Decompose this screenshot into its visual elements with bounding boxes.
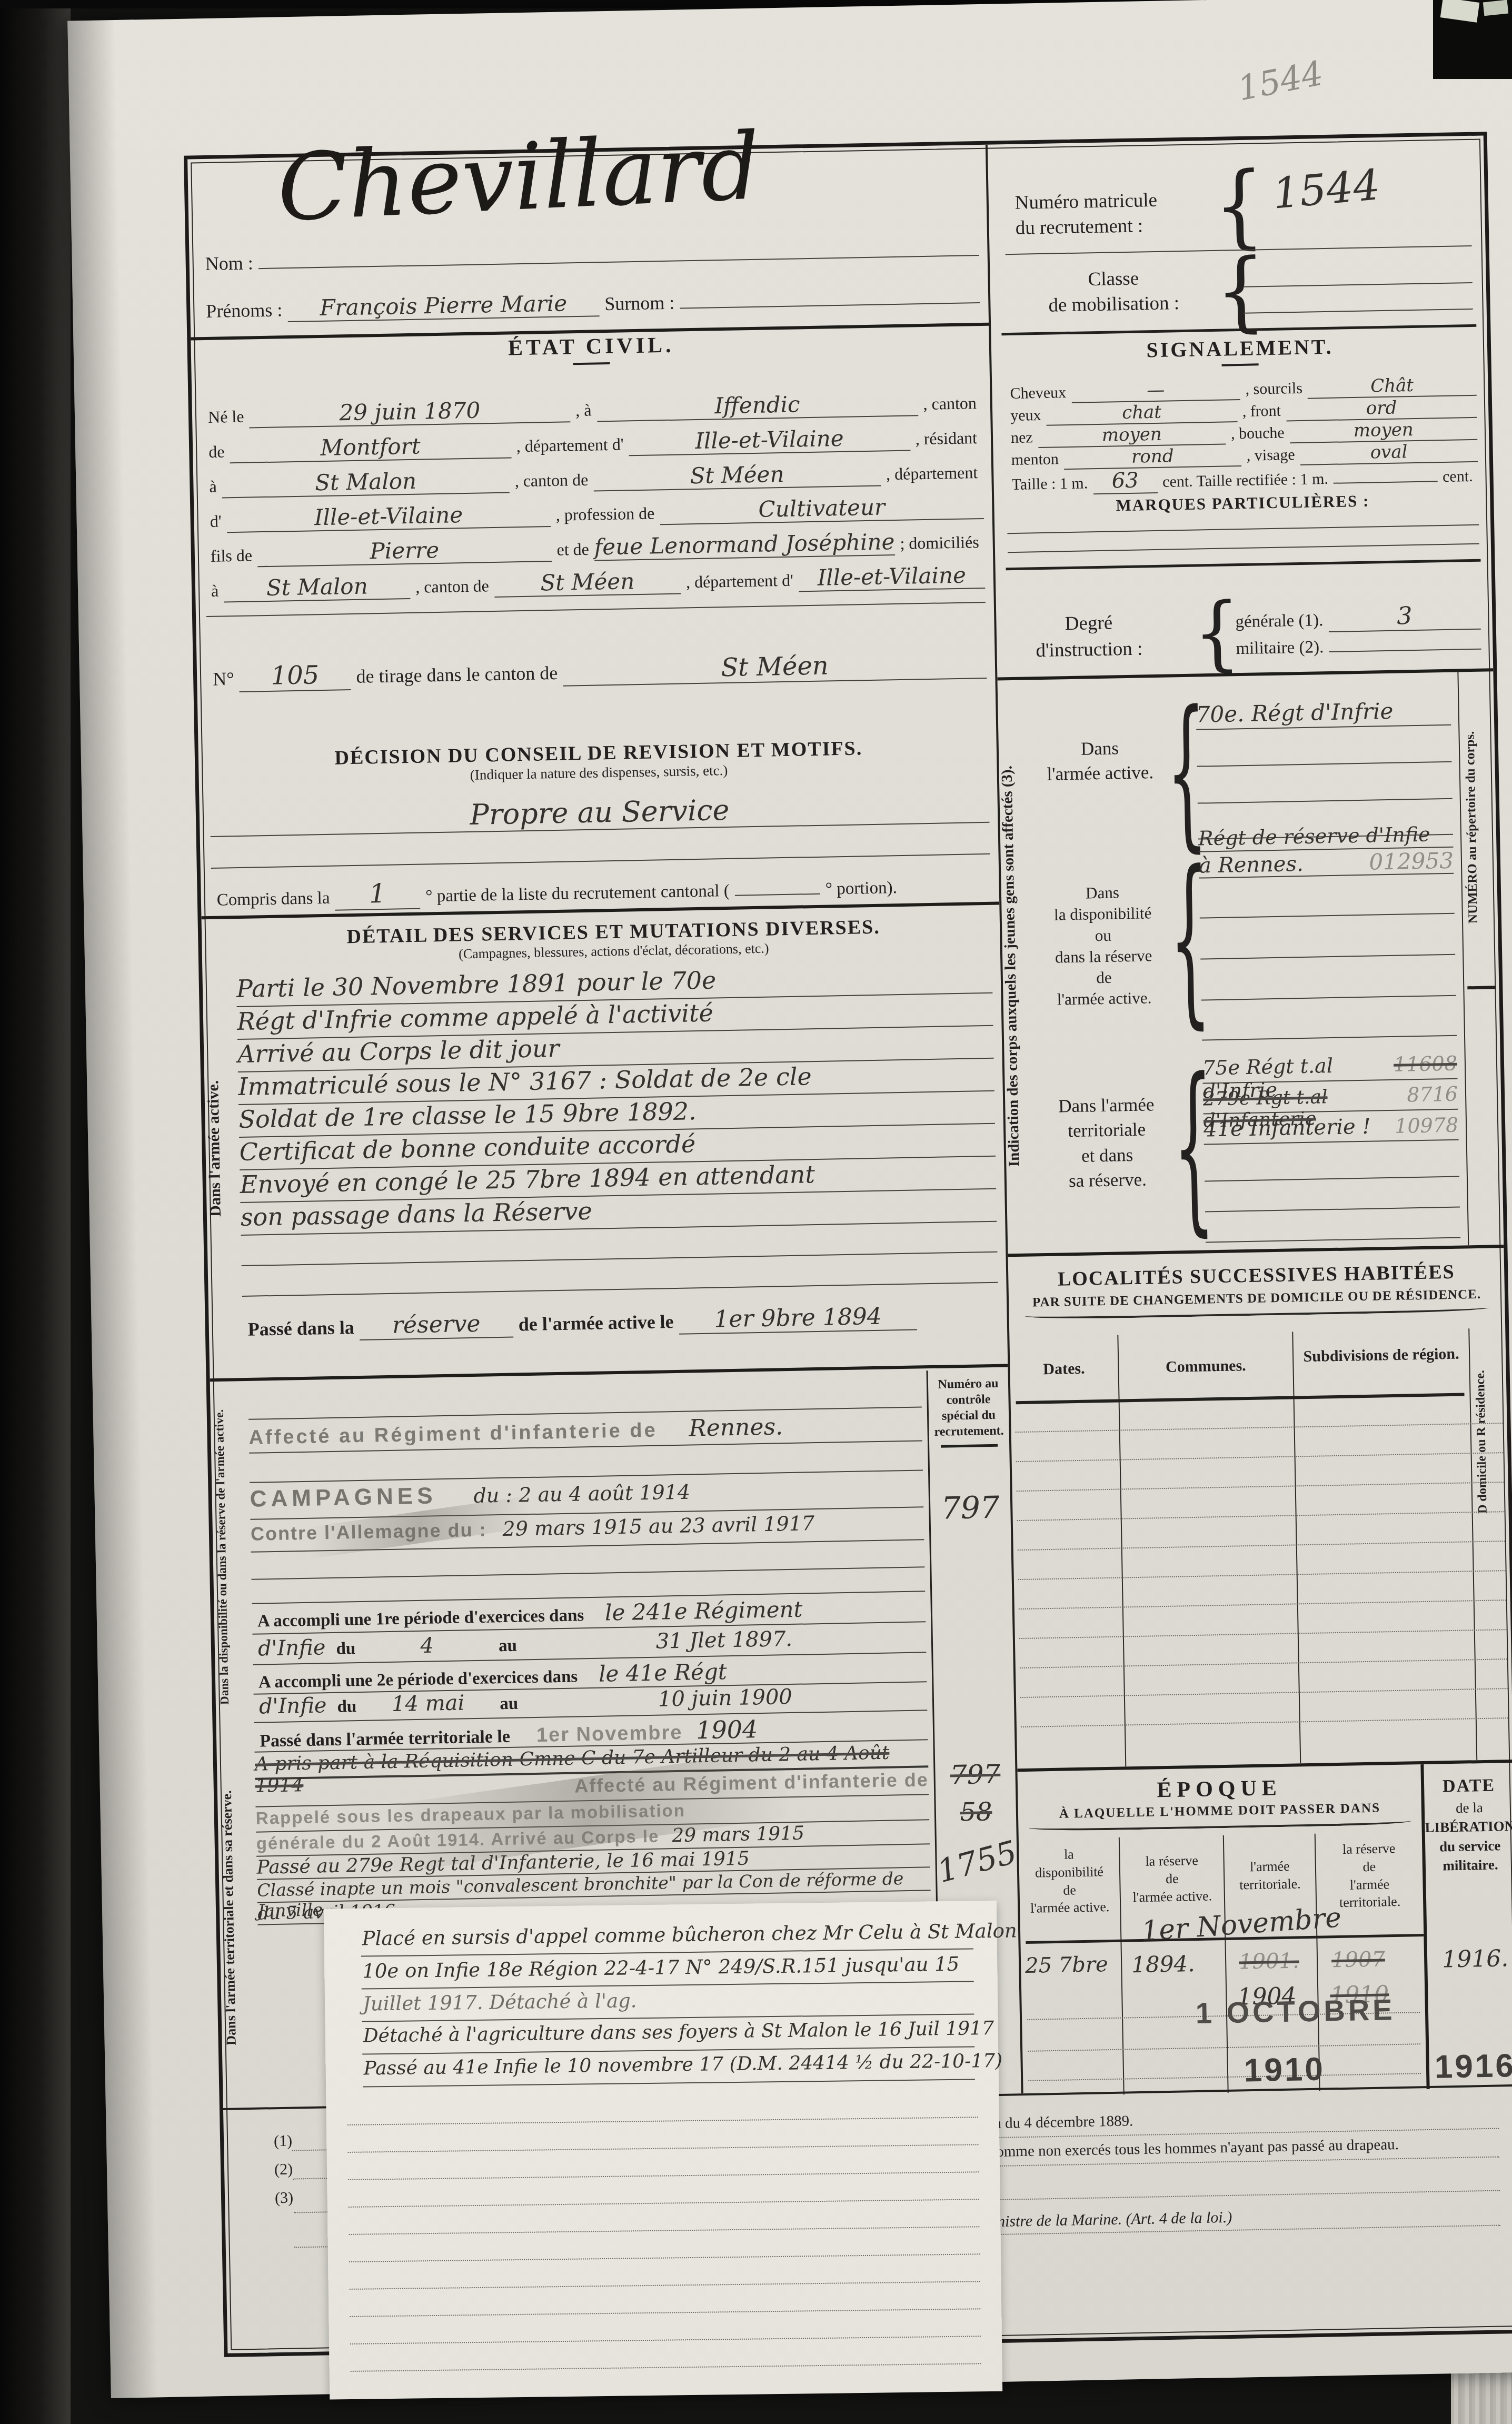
ruled-line (363, 2079, 975, 2087)
bouche-value: moyen (1289, 418, 1477, 444)
militaire-label: militaire (2). (1230, 638, 1329, 659)
profession-label: , profession de (550, 503, 660, 525)
epoque-col4c: l'armée (1316, 1875, 1423, 1894)
sursis-line2: 10e on Infie 18e Région 22-4-17 N° 249/S… (362, 1952, 973, 1982)
corps-dispo-label: Dans la disponibilité ou dans la réserve… (1034, 881, 1173, 1011)
corps-terr-label4: sa réserve. (1039, 1166, 1177, 1194)
services-section: Dans l'armée active. DÉTAIL DES SERVICES… (202, 906, 1008, 1377)
corps-dispo-row2: à Rennes. 012953 (1199, 848, 1454, 879)
brace: { (1215, 247, 1267, 335)
corps-dispo-label6: l'armée active. (1036, 987, 1173, 1011)
epoque-col1d: l'armée active. (1020, 1898, 1120, 1918)
epoque-col1c: de (1019, 1880, 1120, 1900)
domicile-commune: St Malon (224, 572, 411, 602)
ruled-line (1008, 543, 1479, 553)
periode1-corps: d'Infie (253, 1635, 331, 1661)
epoque-col3a: l'armée (1225, 1857, 1316, 1876)
mother-name: feue Lenormand Joséphine (594, 529, 895, 561)
brace: { (1213, 160, 1265, 252)
de-la-label: de la (1425, 1797, 1512, 1819)
visage-value: oval (1300, 440, 1478, 465)
corps-dispo-label3: ou (1034, 923, 1172, 947)
corps-active-label2: l'armée active. (1031, 760, 1169, 787)
corps-active-row: 70e. Régt d'Infrie (1196, 697, 1451, 730)
ruled-line (1205, 1214, 1460, 1243)
corps-section: Indication des corps auxquels les jeunes… (997, 670, 1504, 1254)
surnom-label: Surnom : (599, 291, 680, 315)
nez-label: nez (1006, 429, 1038, 447)
rappel-value: 29 mars 1915 (672, 1823, 804, 1847)
title-dash (573, 362, 610, 365)
liberation-label: LIBÉRATION (1425, 1816, 1512, 1837)
compris-label2: ° partie de la liste du recrutement cant… (420, 881, 735, 907)
controle-num-58-struck: 58 (936, 1796, 1016, 1827)
epoque-col2a: la réserve (1120, 1851, 1223, 1871)
front-value: ord (1286, 396, 1477, 422)
corps-terr-num2: 8716 (1407, 1082, 1458, 1107)
ruled-line (347, 2117, 978, 2125)
corps-active-label1: Dans (1031, 735, 1168, 762)
ruled-line (349, 2226, 979, 2235)
epoque-date-col: DATE de la LIBÉRATION du service militai… (1420, 1763, 1512, 2089)
sidebar-disponibilite: Dans la disponibilité ou dans la réserve… (212, 1388, 247, 1726)
col-domicile-header: D domicile ou R résidence. (1473, 1331, 1505, 1553)
et-de-label: et de (551, 540, 594, 560)
footnote-marker-1: (1) (274, 2132, 293, 2151)
controle-header: Numéro au contrôle spécial du recrutemen… (928, 1369, 1009, 1440)
cheveux-label: Cheveux (1004, 384, 1071, 403)
title-dash (1222, 363, 1259, 366)
ruled-line (349, 2253, 980, 2262)
epoque-title: ÉPOQUE (1018, 1773, 1421, 1805)
canton-de-label: , canton de (509, 470, 593, 491)
departement-label: , département (881, 463, 983, 484)
detache-line: Détaché à l'agriculture dans ses foyers … (363, 2018, 974, 2047)
right-column: Numéro matricule du recrutement : { 1544… (986, 135, 1512, 2093)
residence-canton: St Méen (593, 460, 881, 492)
footnote-marker-3: (3) (275, 2189, 294, 2208)
bouche-label: , bouche (1226, 424, 1290, 443)
degre-label: Degré d'instruction : (1035, 609, 1143, 664)
yeux-value: chat (1046, 400, 1237, 426)
ruled-line (348, 2144, 979, 2153)
degre-label-line2: d'instruction : (1036, 635, 1143, 664)
epoque-v1: 25 7bre (1025, 1952, 1108, 1978)
allemagne-value: 29 mars 1915 au 23 avril 1917 (502, 1512, 814, 1541)
corps-dispo-value2: à Rennes. (1199, 852, 1304, 878)
left-column: Chevillard Nom : Prénoms : François Pier… (187, 145, 1021, 2108)
fold-shadow (67, 20, 158, 2398)
passe-reserve-label2: de l'armée active le (513, 1310, 679, 1336)
du-service-label: du service (1425, 1836, 1512, 1857)
prenoms-value: François Pierre Marie (287, 290, 600, 322)
controle-num-1755: 1755 (933, 1834, 1020, 1890)
corps-active-value: 70e. Régt d'Infrie (1196, 698, 1393, 728)
periode2-value: le 41e Régt (583, 1655, 927, 1687)
ruled-line (1197, 738, 1452, 767)
periode2-label: A accompli une 2e période d'exercices da… (253, 1667, 583, 1692)
domicile-canton: St Méen (494, 568, 681, 598)
corps-terr-row2: 279e Rgt t.al d'Infanterie 8716 (1203, 1082, 1458, 1115)
a-label: à (206, 581, 224, 601)
matricule-label-line1: Numéro matricule (1014, 188, 1157, 216)
ruled-line (350, 2281, 980, 2290)
octobre-stamp: 1 OCTOBRE (1195, 1992, 1396, 2030)
residant-label: , résidant (910, 428, 982, 449)
corps-dispo-value1: Régt de réserve d'Infie (1198, 823, 1430, 850)
paper-scrap (1483, 0, 1508, 16)
ruled-line (1200, 931, 1455, 960)
taille-label: Taille : 1 m. (1006, 474, 1093, 494)
controle-num-797: 797 (930, 1489, 1011, 1526)
au-label: au (493, 1636, 523, 1656)
degre-label-line1: Degré (1035, 609, 1142, 638)
fils-de-label: fils de (205, 545, 258, 566)
col-communes-header: Communes. (1119, 1356, 1293, 1377)
militaire-label: militaire. (1426, 1855, 1512, 1876)
localites-section: LOCALITÉS SUCCESSIVES HABITÉES PAR SUITE… (1008, 1249, 1512, 1769)
affecte-value: Rennes. (689, 1413, 783, 1442)
ruled-line (206, 602, 986, 617)
controle-num-797-struck: 797 (935, 1759, 1016, 1791)
decision-value: Propre au Service (210, 789, 990, 837)
epoque-col2: la réserve de l'armée active. 1894. (1120, 1835, 1229, 2095)
territoriale-stamp: 1er Novembre (536, 1722, 683, 1747)
sursis-line3: Juillet 1917. Détaché à l'ag. (363, 1985, 974, 2015)
glued-slip: Placé en sursis d'appel comme bûcheron c… (324, 1901, 1002, 2400)
book-gutter (0, 0, 71, 2424)
du-label: du (332, 1697, 362, 1717)
classe-label-line1: Classe (1048, 265, 1179, 293)
campagnes-value: du : 2 au 4 août 1914 (473, 1480, 690, 1507)
sursis-line1: Placé en sursis d'appel comme bûcheron c… (362, 1920, 973, 1950)
domicile-departement: Ille-et-Vilaine (798, 562, 985, 592)
matricule-label: Numéro matricule du recrutement : (1014, 188, 1158, 241)
corps-terr-value3: 41e Infanterie ! (1203, 1115, 1371, 1142)
nom-label: Nom : (200, 252, 258, 275)
ruled-line (1007, 524, 1479, 534)
de-label: de (203, 442, 230, 462)
cheveux-value: — (1071, 378, 1240, 403)
passe-reserve-label: Passé dans la (242, 1316, 360, 1340)
corps-terr-label1: Dans l'armée (1038, 1092, 1175, 1119)
epoque-col2c: l'armée active. (1121, 1887, 1225, 1906)
corps-dispo-label2: la disponibilité (1034, 902, 1171, 926)
prenoms-label: Prénoms : (201, 299, 288, 322)
sidebar-territoriale: Dans l'armée territoriale et dans sa rés… (218, 1736, 254, 2100)
affecte-stamp: Affecté au Régiment d'infanterie de (248, 1419, 658, 1449)
corps-terr-num3: 10978 (1395, 1114, 1459, 1138)
stamp-1910: 1910 (1244, 2051, 1325, 2090)
allemagne-stamp: Contre l'Allemagne du : (251, 1519, 487, 1545)
birth-place: Iffendic (596, 389, 918, 422)
degre-section: Degré d'instruction : { générale (1). 3 … (1009, 589, 1482, 679)
periode1-to: 31 Jlet 1897. (522, 1624, 927, 1656)
taille-value: 63 (1093, 468, 1158, 494)
epoque-columns: la disponibilité de l'armée active. 25 7… (1019, 1832, 1427, 2097)
register-page: 1544 Chevillard Nom : Prénoms : François… (67, 0, 1512, 2398)
corps-dispo-label5: de (1036, 966, 1173, 990)
numero-bar (1467, 986, 1496, 989)
au-label: au (494, 1694, 524, 1714)
epoque-main: ÉPOQUE À LAQUELLE L'HOMME DOIT PASSER DA… (1017, 1764, 1426, 2097)
birth-departement: Ille-et-Vilaine (629, 424, 910, 456)
passe41-line: Passé au 41e Infie le 10 novembre 17 (D.… (363, 2050, 974, 2079)
ruled-line (211, 853, 990, 869)
classe-label-line2: de mobilisation : (1048, 291, 1180, 319)
liberation-header: DATE de la LIBÉRATION du service militai… (1424, 1773, 1512, 1876)
signalement-section: SIGNALEMENT. Cheveux — , sourcils Chât y… (1004, 332, 1480, 572)
nom-line (258, 255, 979, 269)
canton-de-label: , canton de (410, 576, 494, 597)
footnote-marker-2: (2) (274, 2161, 293, 2179)
birth-canton: Montfort (230, 431, 511, 463)
col-domicile: D domicile ou R résidence. (1468, 1328, 1512, 1760)
territoriale-label: Passé dans l'armée territoriale le (254, 1727, 515, 1752)
taille-rectifiee-line (1334, 481, 1437, 484)
matricule-section: Numéro matricule du recrutement : { 1544… (988, 135, 1487, 339)
profession-value: Cultivateur (660, 492, 984, 525)
d-label: d' (204, 511, 226, 531)
ruled-line (350, 2336, 981, 2344)
ruled-line (1201, 1012, 1457, 1041)
menton-label: menton (1006, 450, 1065, 469)
ruled-line (1197, 775, 1453, 804)
corps-terr-label: Dans l'armée territoriale et dans sa rés… (1038, 1092, 1176, 1194)
scanned-register-photo: 1544 Chevillard Nom : Prénoms : François… (0, 0, 1512, 2424)
corps-dispo-num: 012953 (1369, 848, 1454, 875)
departement-label: , département d' (511, 434, 629, 456)
col-dates-header: Dates. (1010, 1359, 1118, 1379)
departement-label: , département d' (681, 570, 799, 592)
corps-terr-num1: 11608 (1394, 1052, 1458, 1076)
footnote-fragment-4: du Ministre de la Marine. (Art. 4 de la … (960, 2209, 1232, 2231)
generale-value: 3 (1328, 600, 1481, 632)
epoque-col1-header: la disponibilité de l'armée active. (1019, 1845, 1120, 1918)
ruled-line (349, 2199, 979, 2208)
periode2-from: 14 mai (362, 1690, 495, 1717)
passe-reserve-date: 1er 9bre 1894 (679, 1303, 917, 1335)
ruled-line (351, 2363, 981, 2372)
etat-civil-section: ÉTAT CIVIL. Né le 29 juin 1870 , à Iffen… (201, 327, 987, 704)
residence-commune: St Malon (222, 466, 510, 498)
tirage-label: de tirage dans le canton de (351, 662, 563, 688)
campagnes-stamp: CAMPAGNES (250, 1483, 437, 1512)
stamp-1916: 1916 (1434, 2047, 1512, 2086)
identity-section: Chevillard Nom : Prénoms : François Pier… (198, 145, 980, 333)
pencil-page-number: 1544 (1235, 54, 1326, 109)
sourcils-label: , sourcils (1240, 380, 1308, 399)
matricule-value: 1544 (1271, 160, 1382, 218)
periode1-label: A accompli une 1re période d'exercices d… (252, 1606, 590, 1632)
classe-label: Classe de mobilisation : (1048, 265, 1179, 319)
yeux-label: yeux (1005, 406, 1047, 425)
epoque-col1: la disponibilité de l'armée active. 25 7… (1019, 1837, 1125, 2097)
visage-label: , visage (1241, 446, 1300, 465)
epoque-v4-struck: 1907 (1331, 1947, 1386, 1972)
du-label: du (331, 1639, 361, 1659)
corps-dispo-label4: dans la réserve (1035, 945, 1172, 968)
controle-bar (941, 1444, 998, 1448)
surnom-line (680, 302, 980, 309)
territoriale-value: 1904 (696, 1715, 758, 1744)
corps-active-label: Dans l'armée active. (1031, 735, 1169, 787)
tirage-number: 105 (239, 660, 351, 692)
numero-label: N° (207, 668, 240, 690)
epoque-col1a: la (1019, 1845, 1119, 1864)
epoque-v5: 1916. (1442, 1945, 1509, 1973)
ruled-line (1244, 309, 1473, 314)
epoque-col4a: la réserve (1316, 1839, 1423, 1859)
ruled-line (1243, 282, 1473, 287)
generale-label: générale (1). (1230, 611, 1328, 632)
portion-line (735, 893, 820, 896)
corps-dispo-label1: Dans (1034, 881, 1171, 905)
ruled-line (350, 2308, 980, 2317)
corps-terr-label2: territoriale (1038, 1117, 1176, 1144)
a-label: à (204, 476, 222, 496)
epoque-col3b: territoriale. (1225, 1875, 1316, 1894)
birth-date: 29 juin 1870 (249, 395, 571, 428)
col-subdivisions-header: Subdivisions de région. (1294, 1343, 1469, 1367)
a-label: , à (570, 400, 597, 420)
liste-partie: 1 (335, 878, 421, 911)
decision-section: DÉCISION DU CONSEIL DE REVISION ET MOTIF… (209, 734, 990, 875)
numero-repertoire-label: NUMÉRO au répertoire du corps. (1461, 674, 1495, 980)
ruled-line (348, 2171, 979, 2180)
compris-label: Compris dans la (212, 889, 335, 910)
periode2-corps: d'Infie (254, 1693, 332, 1719)
matricule-label-line2: du recrutement : (1015, 213, 1158, 241)
domicilies-label: ; domiciliés (894, 532, 984, 553)
periode1-value: le 241e Régiment (589, 1594, 926, 1626)
date-label: DATE (1424, 1773, 1512, 1799)
epoque-col4b: de (1316, 1857, 1423, 1876)
epoque-col2-header: la réserve de l'armée active. (1120, 1851, 1224, 1906)
cent-label: cent. (1437, 468, 1478, 486)
divider (1006, 559, 1481, 571)
corps-terr-label3: et dans (1039, 1141, 1176, 1169)
epoque-section: ÉPOQUE À LAQUELLE L'HOMME DOIT PASSER DA… (1017, 1760, 1512, 2097)
corps-terr-row1: 75e Régt t.al d'Infrie 11608 (1202, 1052, 1458, 1084)
menton-value: rond (1063, 444, 1241, 470)
ruled-line (1205, 1184, 1460, 1213)
corps-content: Dans l'armée active. { 70e. Régt d'Infri… (1027, 671, 1468, 1254)
ruled-line (1199, 890, 1455, 919)
front-label: , front (1237, 402, 1286, 421)
epoque-col4: la réserve de l'armée territoriale. 1907… (1316, 1832, 1427, 2091)
epoque-v3-struck: 1901. (1239, 1949, 1299, 1974)
militaire-line (1329, 649, 1481, 652)
periode1-from: 4 (361, 1632, 494, 1659)
tirage-canton: St Méen (563, 648, 987, 687)
epoque-col3-header: l'armée territoriale. (1225, 1857, 1316, 1894)
sourcils-value: Chât (1308, 374, 1477, 399)
compris-label3: ° portion). (820, 878, 902, 899)
corps-terr-row3: 41e Infanterie ! 10978 (1203, 1113, 1459, 1145)
localites-title: LOCALITÉS SUCCESSIVES HABITÉES (1008, 1259, 1505, 1292)
ruled-line (1204, 1153, 1459, 1182)
residence-departement: Ille-et-Vilaine (226, 500, 551, 533)
ne-le-label: Né le (203, 406, 250, 427)
ruled-line (1201, 972, 1456, 1001)
taille-rectifiee-label: cent. Taille rectifiée : 1 m. (1157, 470, 1334, 491)
nez-value: moyen (1038, 423, 1226, 449)
epoque-col1b: disponibilité (1019, 1862, 1120, 1882)
father-name: Pierre (257, 535, 551, 567)
canton-label: , canton (918, 393, 982, 414)
epoque-col4-header: la réserve de l'armée territoriale. (1316, 1839, 1423, 1912)
passe-reserve-value: réserve (359, 1310, 513, 1340)
epoque-v2: 1894. (1131, 1951, 1195, 1978)
surname-calligraphy: Chevillard (275, 113, 762, 242)
epoque-col2b: de (1120, 1869, 1224, 1889)
